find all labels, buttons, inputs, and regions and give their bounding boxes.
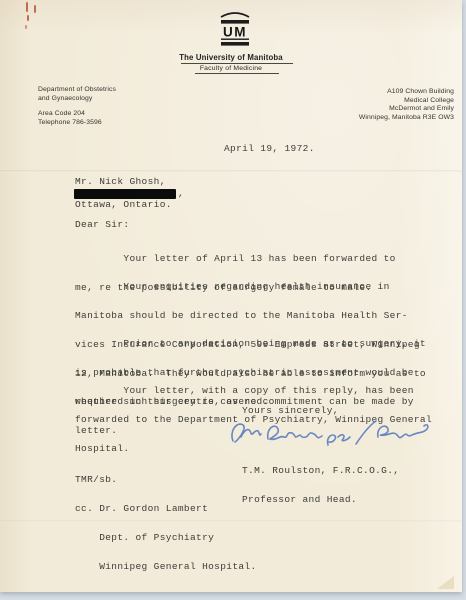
recipient-name: Mr. Nick Ghosh, <box>75 177 166 187</box>
cc-line: Dept. of Psychiatry <box>75 533 257 543</box>
contact-line: Area Code 204 <box>38 110 102 119</box>
address-block: A109 Chown Building Medical College McDe… <box>359 88 454 122</box>
recipient-city: Ottawa, Ontario. <box>75 200 172 210</box>
scan-stain-mark <box>34 5 36 13</box>
scan-stain-mark <box>26 2 28 12</box>
scan-stain-mark <box>25 25 27 29</box>
department-line: Department of Obstetrics <box>38 86 116 95</box>
address-line: Winnipeg, Manitoba R3E OW3 <box>359 114 454 123</box>
reference-initials: TMR/sb. <box>75 475 117 485</box>
paper-corner-curl <box>437 576 454 589</box>
scan-stain-mark <box>27 15 29 21</box>
paper-fold-crease <box>0 170 462 173</box>
scanned-letter-page: { "letterhead": { "logo": "UM", "univers… <box>0 0 466 600</box>
letterhead-rule <box>195 73 279 74</box>
letterhead-rule <box>181 63 293 64</box>
signer-title: Professor and Head. <box>242 495 399 505</box>
department-block: Department of Obstetrics and Gynaecology <box>38 86 116 103</box>
contact-block: Area Code 204 Telephone 786-3596 <box>38 110 102 127</box>
body-line: Your enquiries regarding health insuranc… <box>75 282 426 292</box>
cc-line: cc. Dr. Gordon Lambert <box>75 504 257 514</box>
department-line: and Gynaecology <box>38 95 116 104</box>
university-of-manitoba-logo-icon: UM <box>217 8 253 54</box>
letter-date: April 19, 1972. <box>224 144 315 154</box>
closing: Yours sincerely, <box>242 406 339 416</box>
faculty-name: Faculty of Medicine <box>0 65 462 72</box>
body-line: Your letter, with a copy of this reply, … <box>75 386 432 396</box>
handwritten-signature <box>226 417 432 451</box>
salutation: Dear Sir: <box>75 220 129 230</box>
cc-line: Winnipeg General Hospital. <box>75 562 257 572</box>
body-line: Prior to any decision being made as to s… <box>75 339 426 349</box>
cc-block: cc. Dr. Gordon Lambert Dept. of Psychiat… <box>75 485 257 591</box>
address-line: McDermot and Emily <box>359 105 454 114</box>
signer-name: T.M. Roulston, F.R.C.O.G., <box>242 466 399 476</box>
contact-line: Telephone 786-3596 <box>38 119 102 128</box>
university-name: The University of Manitoba <box>0 53 462 62</box>
signer-block: T.M. Roulston, F.R.C.O.G., Professor and… <box>242 447 399 524</box>
letter-paper: UM The University of Manitoba Faculty of… <box>0 0 462 592</box>
address-line: A109 Chown Building <box>359 88 454 97</box>
logo-letters: UM <box>223 25 247 40</box>
redacted-address-bar <box>74 189 176 199</box>
address-line: Medical College <box>359 97 454 106</box>
redacted-line-suffix: , <box>178 189 184 199</box>
